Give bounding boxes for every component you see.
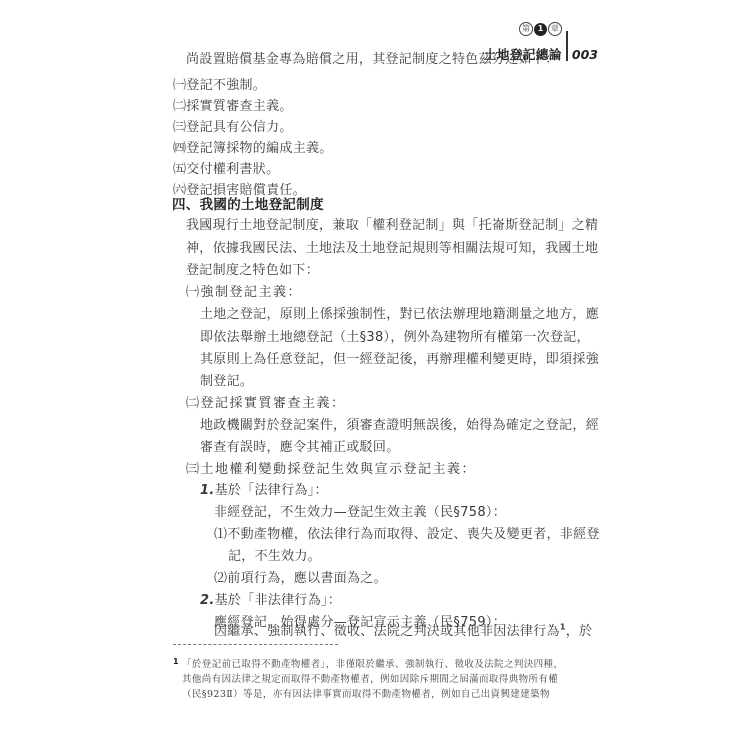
page-number: 003 <box>572 47 598 62</box>
subsection-heading-3: ㈢土地權利變動採登記生效與宣示登記主義： <box>186 458 476 477</box>
section-paragraph-line: 登記制度之特色如下： <box>186 259 319 278</box>
subsection-paragraph-line: 即依法舉辦土地總登記（土§38），例外為建物所有權第一次登記， <box>200 326 590 345</box>
subsection-paragraph-line: 制登記。 <box>200 370 253 389</box>
list-number: 2. <box>200 593 215 608</box>
intro-line: 尚設置賠償基金專為賠償之用，其登記制度之特色茲分述如下： <box>186 48 558 67</box>
paragraph-tail: ，於 <box>566 624 593 639</box>
section-paragraph-line: 神，依據我國民法、土地法及土地登記規則等相關法規可知，我國土地 <box>186 237 598 256</box>
footnote-line: 「於登記前已取得不動產物權者」，非僅限於繼承、強制執行、徵收及法院之判決四種， <box>182 656 563 670</box>
chapter-prefix-circle: 第 <box>519 22 533 36</box>
list-item-2: 2.基於「非法律行為」： <box>200 589 341 608</box>
footnote-line: （民§923Ⅱ）等是，亦有因法律事實而取得不動產物權者，例如自己出資興建建築物 <box>182 686 550 700</box>
list-number: 1. <box>200 483 215 498</box>
feature-item: ㈣登記簿採物的編成主義。 <box>173 137 333 156</box>
feature-item: ㈠登記不強制。 <box>173 74 266 93</box>
paragraph-text: 因繼承、強制執行、徵收、法院之判決或其他非因法律行為 <box>214 624 560 639</box>
list-subitem: ⑴不動產物權，依法律行為而取得、設定、喪失及變更者，非經登 <box>214 523 600 542</box>
header-divider <box>566 31 568 61</box>
list-label: 基於「法律行為」： <box>215 483 328 498</box>
subsection-heading-1: ㈠強制登記主義： <box>186 281 302 300</box>
list-subitem-cont: 記，不生效力。 <box>228 545 321 564</box>
feature-item: ㈡採實質審查主義。 <box>173 95 293 114</box>
list-item-paragraph: 因繼承、強制執行、徵收、法院之判決或其他非因法律行為1，於 <box>214 620 592 639</box>
feature-item: ㈤交付權利書狀。 <box>173 158 279 177</box>
chapter-badge: 第 1 章 <box>519 22 562 36</box>
subsection-paragraph-line: 地政機關對於登記案件，須審查證明無誤後，始得為確定之登記，經 <box>200 414 599 433</box>
subsection-paragraph-line: 土地之登記，原則上係採強制性，對已依法辦理地籍測量之地方，應 <box>200 303 599 322</box>
chapter-suffix-circle: 章 <box>548 22 562 36</box>
list-item-1: 1.基於「法律行為」： <box>200 479 328 498</box>
feature-item: ㈢登記具有公信力。 <box>173 116 293 135</box>
footnote-marker: 1 <box>173 657 179 666</box>
subsection-paragraph-line: 審查有誤時，應令其補正或駁回。 <box>200 436 400 455</box>
chapter-number-circle: 1 <box>534 23 547 36</box>
section-paragraph-line: 我國現行土地登記制度，兼取「權利登記制」與「托崙斯登記制」之精 <box>186 214 598 233</box>
subsection-heading-2: ㈡登記採實質審查主義： <box>186 392 346 411</box>
list-subitem: ⑵前項行為，應以書面為之。 <box>214 567 387 586</box>
subsection-paragraph-line: 其原則上為任意登記，但一經登記後，再辦理權利變更時，即須採強 <box>200 348 599 367</box>
section-heading: 四、我國的土地登記制度 <box>172 193 324 213</box>
footnote-line: 其他尚有因法律之規定而取得不動產物權者，例如因除斥期間之屆滿而取得典物所有權 <box>182 671 558 685</box>
list-label: 基於「非法律行為」： <box>215 593 342 608</box>
footnote-rule <box>173 644 338 645</box>
list-item-line: 非經登記，不生效力—登記生效主義（民§758）： <box>214 501 506 520</box>
